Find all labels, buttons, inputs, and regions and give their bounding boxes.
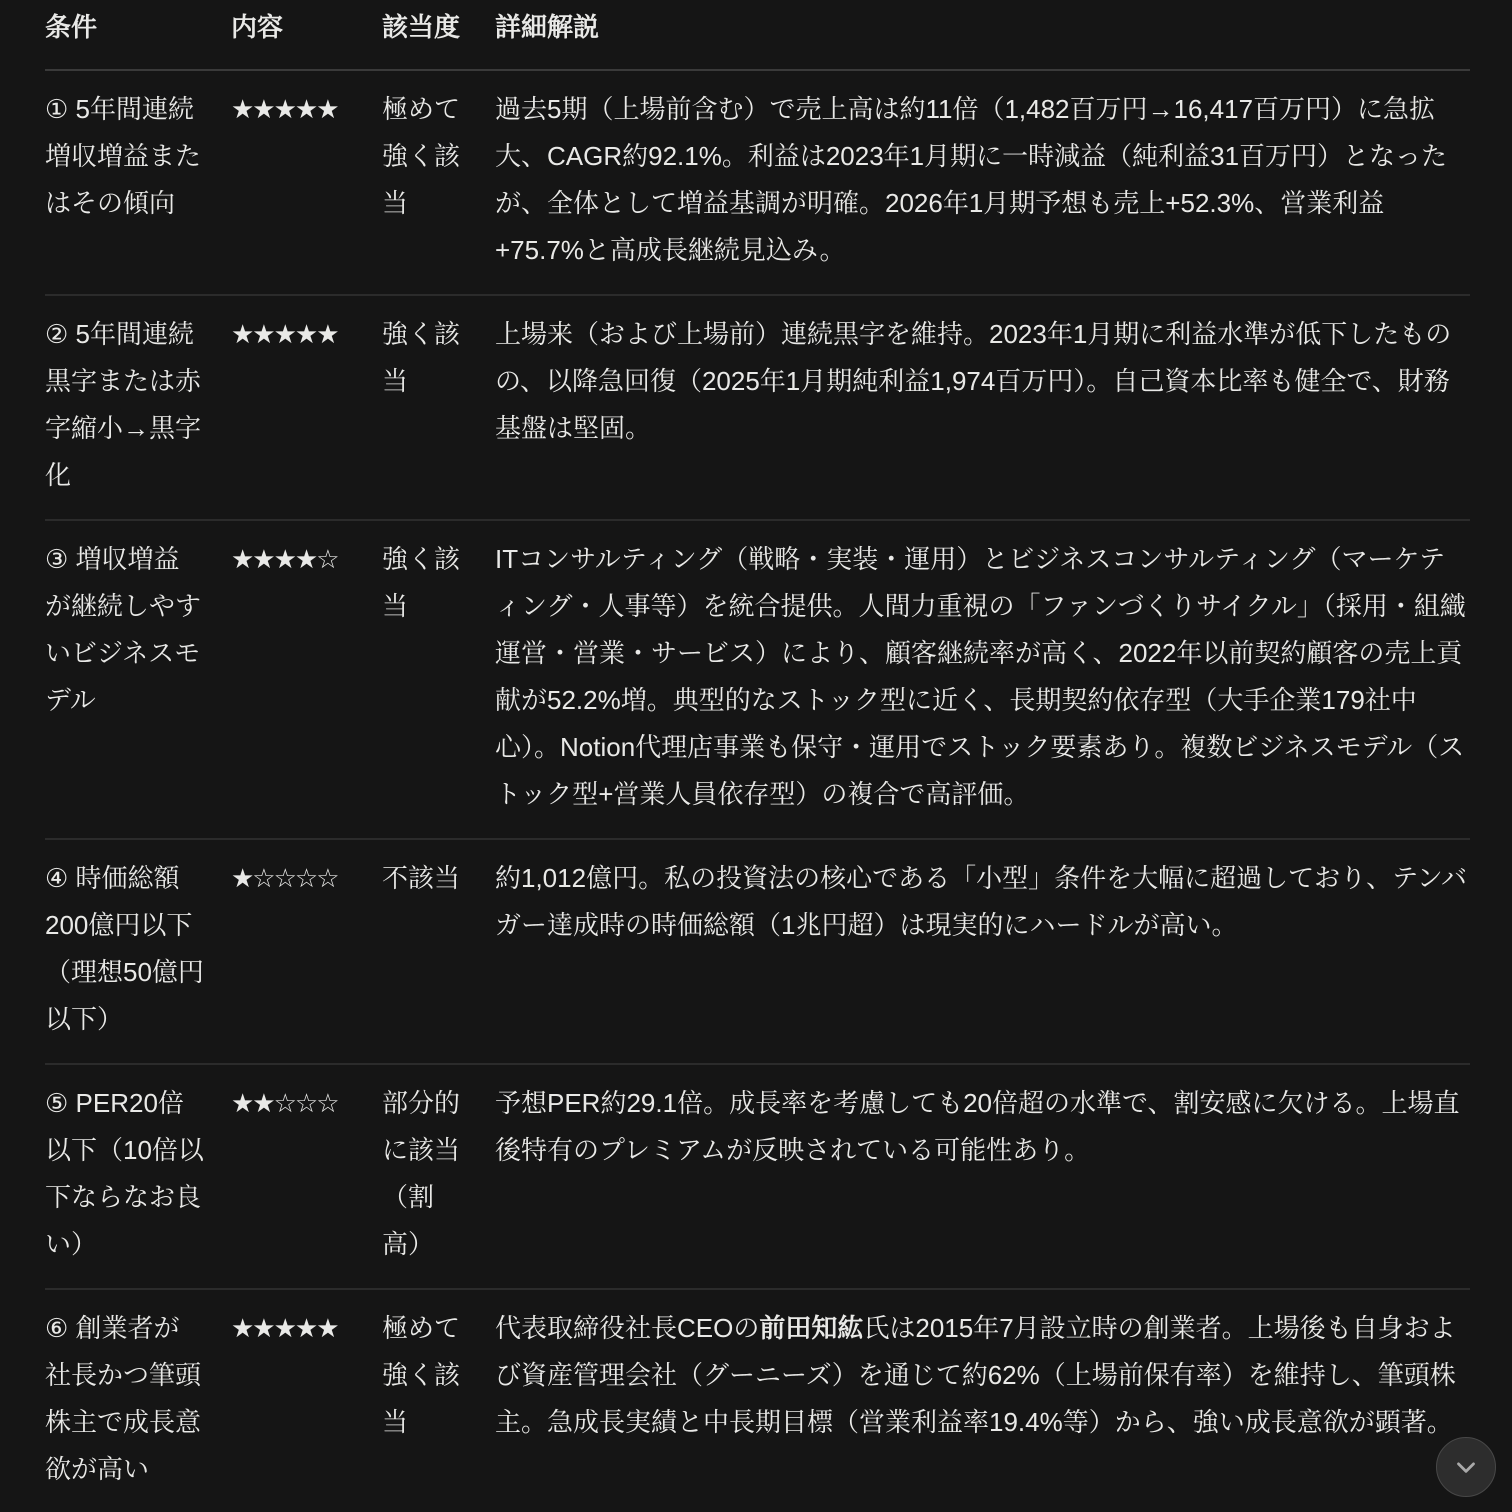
condition-cell: ③ 増収増益が継続しやすいビジネスモデル (45, 536, 231, 818)
founder-name-bold: 前田知紘 (759, 1313, 863, 1343)
detail-text: ITコンサルティング（戦略・実装・運用）とビジネスコンサルティング（マーケティン… (495, 536, 1470, 818)
rating-label: 部分的に該当（割高） (382, 1080, 495, 1268)
detail-text: 代表取締役社長CEOの前田知紘氏は2015年7月設立時の創業者。上場後も自身およ… (495, 1305, 1470, 1493)
table-row: ④ 時価総額200億円以下（理想50億円以下） ★☆☆☆☆ 不該当 約1,012… (45, 840, 1470, 1065)
rating-label: 強く該当 (382, 536, 495, 818)
table-row: ① 5年間連続増収増益またはその傾向 ★★★★★ 極めて強く該当 過去5期（上場… (45, 71, 1470, 296)
star-rating: ★★★★★ (231, 311, 382, 499)
rating-label: 極めて強く該当 (382, 86, 495, 274)
detail-text-pre: 代表取締役社長CEOの (495, 1313, 759, 1343)
condition-cell: ① 5年間連続増収増益またはその傾向 (45, 86, 231, 274)
star-rating: ★☆☆☆☆ (231, 855, 382, 1043)
column-header-rating: 該当度 (382, 4, 495, 51)
rating-label: 不該当 (382, 855, 495, 1043)
star-rating: ★★★★★ (231, 1305, 382, 1493)
criteria-table: 条件 内容 該当度 詳細解説 ① 5年間連続増収増益またはその傾向 ★★★★★ … (45, 0, 1470, 1512)
star-rating: ★★☆☆☆ (231, 1080, 382, 1268)
rating-label: 極めて強く該当 (382, 1305, 495, 1493)
rating-label: 強く該当 (382, 311, 495, 499)
star-rating: ★★★★☆ (231, 536, 382, 818)
chevron-down-icon (1451, 1452, 1481, 1482)
table-row: ② 5年間連続黒字または赤字縮小→黒字化 ★★★★★ 強く該当 上場来（および上… (45, 296, 1470, 521)
detail-text: 約1,012億円。私の投資法の核心である「小型」条件を大幅に超過しており、テンバ… (495, 855, 1470, 1043)
table-header-row: 条件 内容 該当度 詳細解説 (45, 0, 1470, 71)
page: 条件 内容 該当度 詳細解説 ① 5年間連続増収増益またはその傾向 ★★★★★ … (0, 0, 1512, 1512)
condition-cell: ② 5年間連続黒字または赤字縮小→黒字化 (45, 311, 231, 499)
star-rating: ★★★★★ (231, 86, 382, 274)
detail-text: 上場来（および上場前）連続黒字を維持。2023年1月期に利益水準が低下したものの… (495, 311, 1470, 499)
table-row: ⑤ PER20倍以下（10倍以下ならなお良い） ★★☆☆☆ 部分的に該当（割高）… (45, 1065, 1470, 1290)
scroll-down-button[interactable] (1436, 1437, 1496, 1497)
table-row: ⑥ 創業者が社長かつ筆頭株主で成長意欲が高い ★★★★★ 極めて強く該当 代表取… (45, 1290, 1470, 1512)
table-row: ③ 増収増益が継続しやすいビジネスモデル ★★★★☆ 強く該当 ITコンサルティ… (45, 521, 1470, 840)
detail-text: 過去5期（上場前含む）で売上高は約11倍（1,482百万円→16,417百万円）… (495, 86, 1470, 274)
detail-text: 予想PER約29.1倍。成長率を考慮しても20倍超の水準で、割安感に欠ける。上場… (495, 1080, 1470, 1268)
condition-cell: ④ 時価総額200億円以下（理想50億円以下） (45, 855, 231, 1043)
column-header-condition: 条件 (45, 4, 231, 51)
column-header-content: 内容 (231, 4, 382, 51)
condition-cell: ⑥ 創業者が社長かつ筆頭株主で成長意欲が高い (45, 1305, 231, 1493)
condition-cell: ⑤ PER20倍以下（10倍以下ならなお良い） (45, 1080, 231, 1268)
column-header-detail: 詳細解説 (495, 4, 1470, 51)
